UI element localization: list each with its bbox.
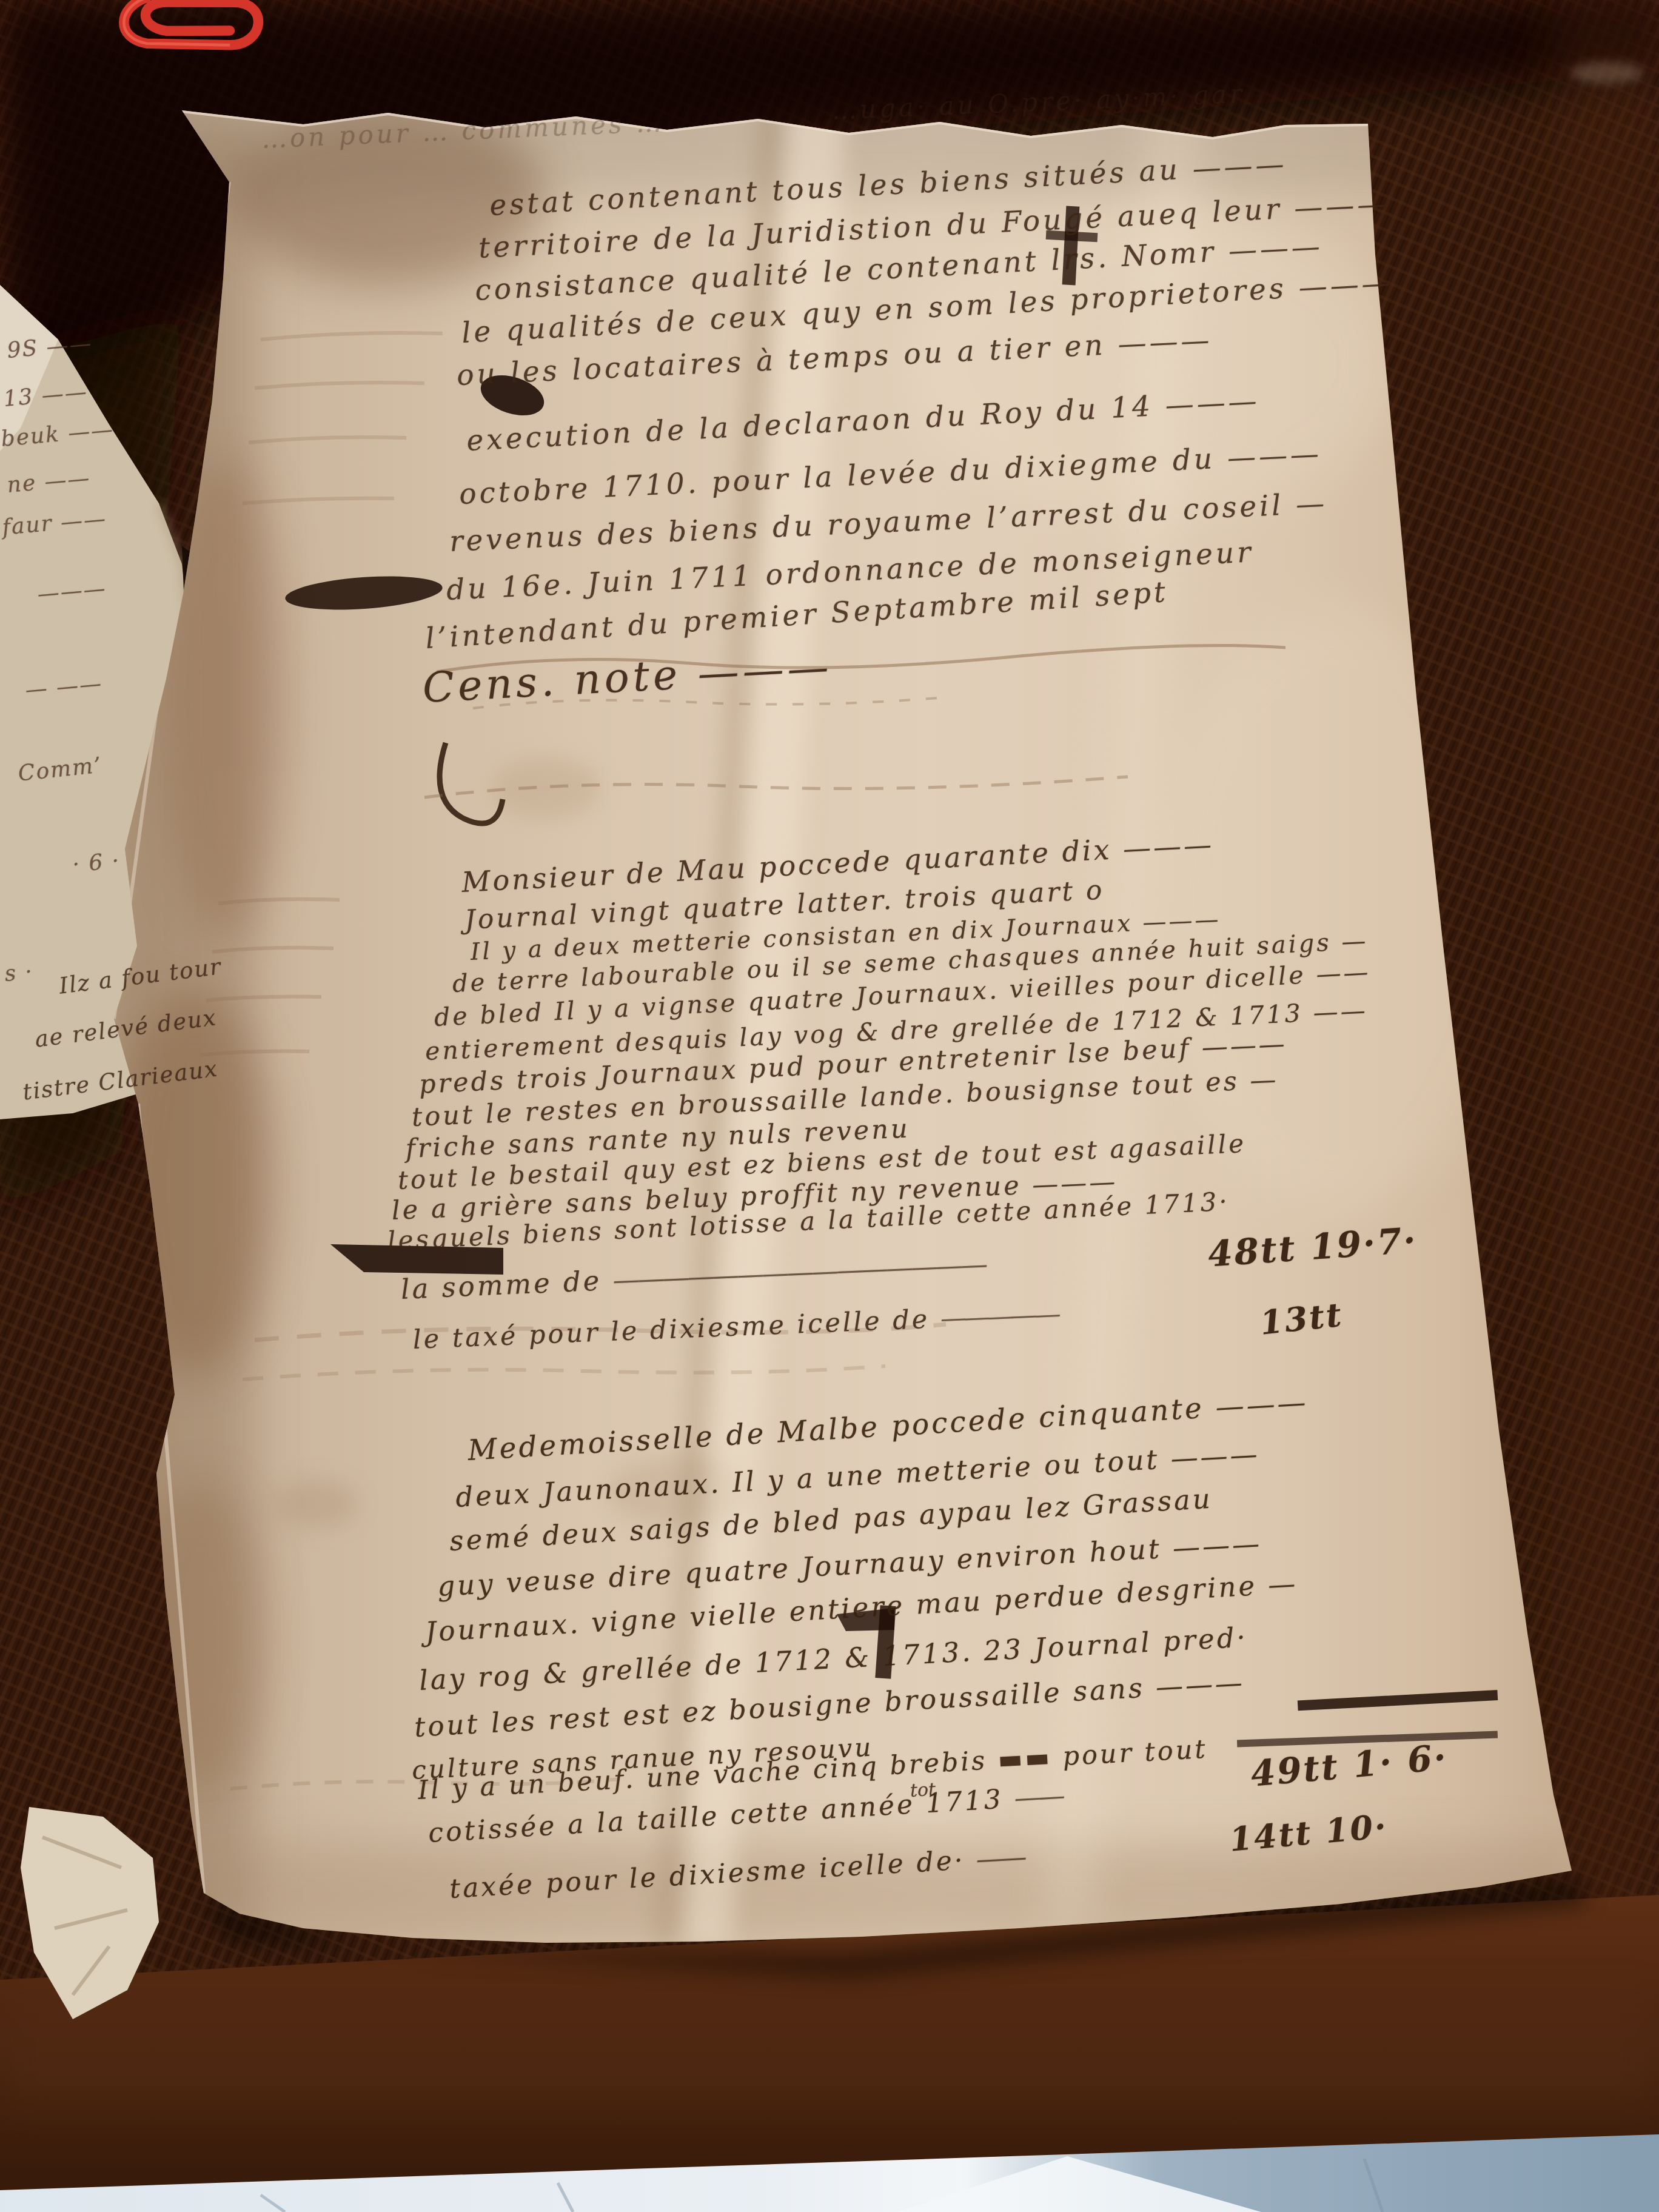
photo-scene: …on pour … communes … …uga· au O.pre· ay… — [0, 0, 1659, 2212]
side-page-fragment: s · — [4, 959, 35, 987]
table-edge-sheen — [0, 2001, 1659, 2110]
total-rule: —— — [1013, 1780, 1064, 1814]
total-rule: —— — [975, 1842, 1025, 1875]
total-rule: ————— — [940, 1299, 1059, 1334]
side-page-fragment: · 6 · — [72, 848, 121, 877]
superscript-correction: tot — [910, 1779, 936, 1801]
